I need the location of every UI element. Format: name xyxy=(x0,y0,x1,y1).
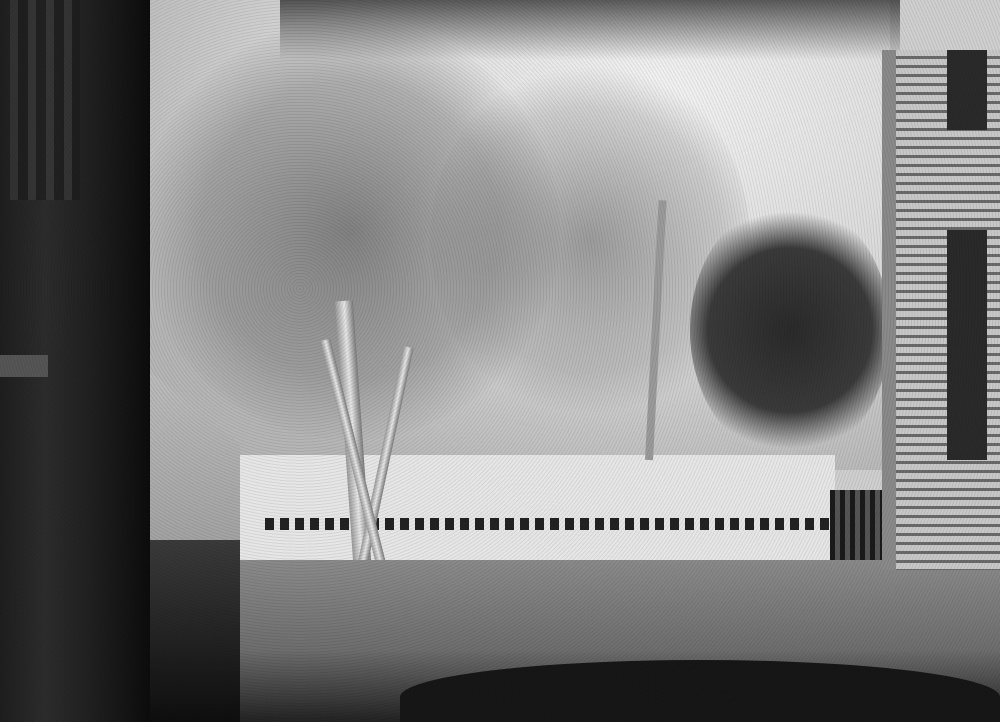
tree-foliage-right xyxy=(690,200,890,460)
right-house xyxy=(882,50,1000,570)
house-window xyxy=(947,230,987,460)
house-window xyxy=(947,50,987,130)
ground-shadow xyxy=(150,540,240,722)
back-fence xyxy=(235,455,835,560)
house-corner-trim xyxy=(882,50,896,570)
fence-gate xyxy=(830,490,885,560)
photo-scene xyxy=(0,0,1000,722)
left-building xyxy=(0,0,150,722)
